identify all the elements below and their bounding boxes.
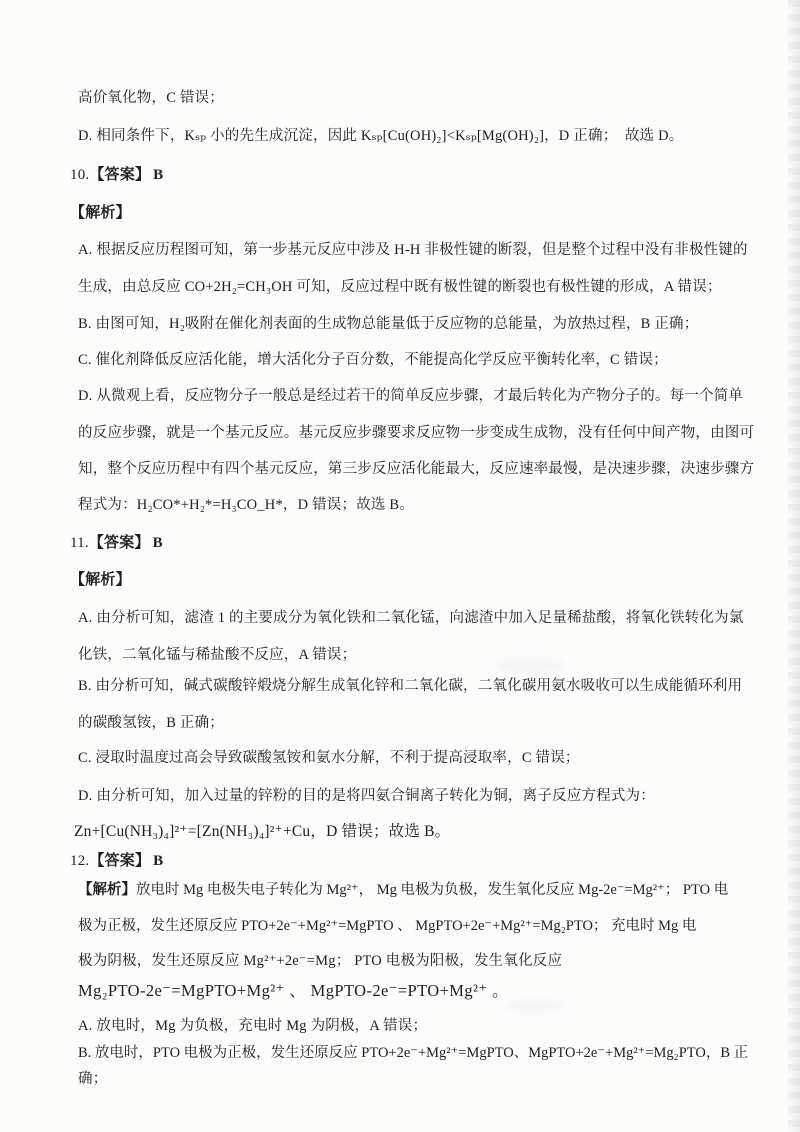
text-line: 知，整个反应历程中有四个基元反应，第三步反应活化能最大，反应速率最慢，是决速步骤… xyxy=(78,459,754,479)
text-line: D. 由分析可知，加入过量的锌粉的目的是将四氨合铜离子转化为铜，离子反应方程式为… xyxy=(78,786,655,806)
text-line: C. 催化剂降低反应活化能，增大活化分子百分数，不能提高化学反应平衡转化率，C … xyxy=(78,350,668,370)
text-line-formula-pto: 极为正极，发生还原反应 PTO+2e⁻+Mg²⁺=MgPTO 、 MgPTO+2… xyxy=(78,916,696,936)
answer-value: B xyxy=(153,853,163,869)
question-number: 10. xyxy=(70,167,89,183)
jiexi-heading-q10: 【解析】 xyxy=(70,203,131,223)
text-line: C. 浸取时温度过高会导致碳酸氢铵和氨水分解，不利于提高浸取率，C 错误； xyxy=(78,748,580,768)
text-line: A. 放电时，Mg 为负极，充电时 Mg 为阴极，A 错误； xyxy=(78,1016,427,1036)
text-line: 高价氧化物，C 错误； xyxy=(78,88,224,108)
text-line: 化铁，二氧化锰与稀盐酸不反应，A 错误； xyxy=(78,645,356,665)
jiexi-label: 【解析】 xyxy=(78,882,136,898)
text-line: B. 放电时，PTO 电极为正极，发生还原反应 PTO+2e⁻+Mg²⁺=MgP… xyxy=(78,1043,748,1063)
text-line-formula-mg: 极为阴极，发生还原反应 Mg²⁺+2e⁻=Mg； PTO 电极为阳极，发生氧化反… xyxy=(78,951,562,971)
answer-heading-q10: 10.【答案】B xyxy=(70,165,163,185)
text-line: A. 根据反应历程图可知，第一步基元反应中涉及 H-H 非极性键的断裂，但是整个… xyxy=(78,240,748,260)
answer-heading-q12: 12.【答案】B xyxy=(70,851,163,871)
answer-label: 【答案】 xyxy=(89,853,150,869)
question-number: 11. xyxy=(70,535,89,551)
answer-label: 【答案】 xyxy=(89,167,150,183)
text-line-formula-h2co: 程式为：H₂CO*+H₂*=H₃CO_H*，D 错误；故选 B。 xyxy=(78,495,414,515)
jiexi-label: 【解析】 xyxy=(70,572,131,588)
text-line: 的碳酸氢铵，B 正确； xyxy=(78,713,224,733)
text-line: 确； xyxy=(78,1069,107,1089)
text-line: D. 从微观上看，反应物分子一般总是经过若干的简单反应步骤，才最后转化为产物分子… xyxy=(78,386,743,406)
text-line: 生成，由总反应 CO+2H₂=CH₃OH 可知，反应过程中既有极性键的断裂也有极… xyxy=(78,277,722,297)
answer-label: 【答案】 xyxy=(89,535,150,551)
jiexi-text: 放电时 Mg 电极失电子转化为 Mg²⁺， Mg 电极为负极，发生氧化反应 Mg… xyxy=(136,882,728,898)
question-number: 12. xyxy=(70,853,89,869)
document-page: 高价氧化物，C 错误； D. 相同条件下，Kₛₚ 小的先生成沉淀，因此 Kₛₚ[… xyxy=(0,0,800,1132)
text-line: A. 由分析可知，滤渣 1 的主要成分为氧化铁和二氧化锰，向滤渣中加入足量稀盐酸… xyxy=(78,608,744,628)
text-line: 的反应步骤，就是一个基元反应。基元反应步骤要求反应物一步变成生成物，没有任何中间… xyxy=(78,423,754,443)
answer-heading-q11: 11.【答案】B xyxy=(70,533,163,553)
answer-value: B xyxy=(153,167,163,183)
equation-line-zn-cu: Zn+[Cu(NH₃)₄]²⁺=[Zn(NH₃)₄]²⁺+Cu，D 错误；故选 … xyxy=(74,822,450,842)
text-line: B. 由图可知，H₂吸附在催化剂表面的生成物总能量低于反应物的总能量，为放热过程… xyxy=(78,314,698,334)
jiexi-heading-q11: 【解析】 xyxy=(70,570,131,590)
answer-value: B xyxy=(153,535,163,551)
text-line: B. 由分析可知，碱式碳酸锌煅烧分解生成氧化锌和二氧化碳，二氧化碳用氨水吸收可以… xyxy=(78,676,742,696)
scan-smudge xyxy=(495,658,565,674)
scan-edge-artifact xyxy=(788,0,800,1132)
text-line-formula-ksp: D. 相同条件下，Kₛₚ 小的先生成沉淀，因此 Kₛₚ[Cu(OH)₂]<Kₛₚ… xyxy=(78,126,683,146)
jiexi-inline-line-q12: 【解析】放电时 Mg 电极失电子转化为 Mg²⁺， Mg 电极为负极，发生氧化反… xyxy=(78,880,728,900)
equation-line-mg2pto: Mg₂PTO-2e⁻=MgPTO+Mg²⁺ 、 MgPTO-2e⁻=PTO+Mg… xyxy=(78,981,509,1001)
jiexi-label: 【解析】 xyxy=(70,205,131,221)
scan-smudge xyxy=(505,1000,565,1012)
